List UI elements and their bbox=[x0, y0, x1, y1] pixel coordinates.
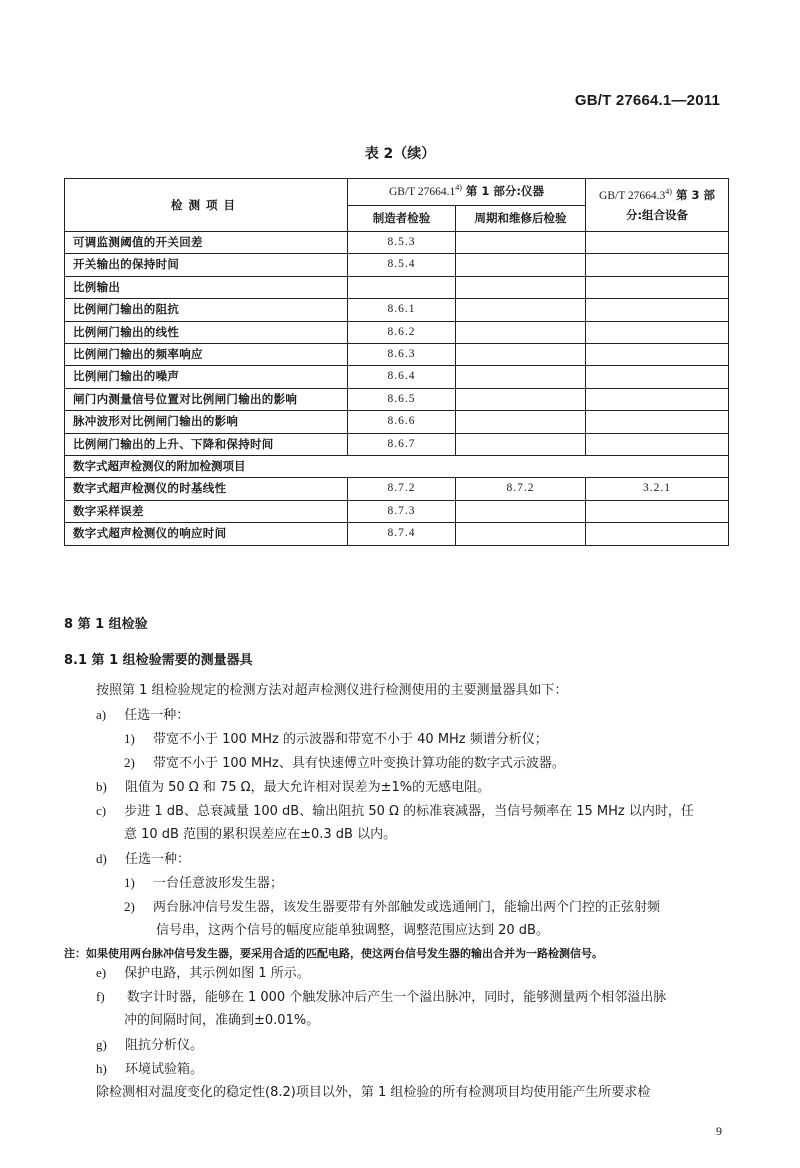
list-text: 阻抗分析仪。 bbox=[125, 1038, 203, 1053]
list-label: 2) bbox=[124, 899, 135, 914]
page-number: 9 bbox=[716, 1124, 722, 1139]
list-text: 带宽不小于 100 MHz、具有快速傅立叶变换计算功能的数字式示波器。 bbox=[153, 756, 565, 771]
list-item-h: h) 环境试验箱。 bbox=[96, 1058, 203, 1081]
cell-item: 可调监测阈值的开关回差 bbox=[65, 232, 348, 254]
header-std3-code: GB/T 27664.3 bbox=[599, 190, 665, 202]
cell-combined bbox=[586, 366, 729, 388]
cell-item: 脉冲波形对比例闸门输出的影响 bbox=[65, 411, 348, 433]
table-title: 表 2（续） bbox=[0, 143, 800, 163]
closing-paragraph: 除检测相对温度变化的稳定性(8.2)项目以外，第 1 组检验的所有检测项目均使用… bbox=[96, 1082, 650, 1104]
table-row: 比例闸门输出的阻抗 8.6.1 bbox=[65, 299, 729, 321]
intro-paragraph: 按照第 1 组检验规定的检测方法对超声检测仪进行检测使用的主要测量器具如下： bbox=[96, 680, 568, 702]
cell-manufacturer: 8.6.3 bbox=[348, 344, 456, 366]
list-item-d2: 2) 两台脉冲信号发生器，该发生器要带有外部触发或选通闸门，能输出两个门控的正弦… bbox=[124, 896, 660, 919]
cell-periodic bbox=[456, 299, 586, 321]
cell-periodic: 8.7.2 bbox=[456, 478, 586, 500]
cell-manufacturer: 8.5.3 bbox=[348, 232, 456, 254]
list-text: 两台脉冲信号发生器，该发生器要带有外部触发或选通闸门，能输出两个门控的正弦射频 bbox=[153, 900, 660, 915]
cell-item: 开关输出的保持时间 bbox=[65, 254, 348, 276]
list-label: c) bbox=[96, 803, 106, 818]
list-item-b: b) 阻值为 50 Ω 和 75 Ω，最大允许相对误差为±1%的无感电阻。 bbox=[96, 776, 490, 799]
cell-periodic bbox=[456, 523, 586, 545]
cell-item: 比例闸门输出的噪声 bbox=[65, 366, 348, 388]
list-label: e) bbox=[96, 965, 106, 980]
list-label: b) bbox=[96, 779, 107, 794]
document-code: GB/T 27664.1—2011 bbox=[575, 92, 720, 109]
cell-manufacturer: 8.6.2 bbox=[348, 321, 456, 343]
list-text: 数字计时器，能够在 1 000 个触发脉冲后产生一个溢出脉冲，同时，能够测量两个… bbox=[127, 990, 666, 1005]
footnote-ref: 4) bbox=[455, 183, 462, 192]
cell-combined: 3.2.1 bbox=[586, 478, 729, 500]
list-text: 一台任意波形发生器； bbox=[153, 876, 283, 891]
table-row-group-heading: 数字式超声检测仪的附加检测项目 bbox=[65, 456, 729, 478]
list-text: 步进 1 dB、总衰减量 100 dB、输出阻抗 50 Ω 的标准衰减器，当信号… bbox=[124, 804, 694, 819]
list-item-e: e) 保护电路，其示例如图 1 所示。 bbox=[96, 962, 310, 985]
header-periodic-inspection: 周期和维修后检验 bbox=[456, 206, 586, 232]
list-label: a) bbox=[96, 707, 106, 722]
table-header-row-1: 检测项目 GB/T 27664.14) 第 1 部分:仪器 GB/T 27664… bbox=[65, 179, 729, 206]
cell-periodic bbox=[456, 321, 586, 343]
cell-periodic bbox=[456, 232, 586, 254]
header-std1-code: GB/T 27664.1 bbox=[389, 186, 455, 198]
list-item-c: c) 步进 1 dB、总衰减量 100 dB、输出阻抗 50 Ω 的标准衰减器，… bbox=[96, 800, 694, 823]
cell-item: 数字式超声检测仪的响应时间 bbox=[65, 523, 348, 545]
list-label: 1) bbox=[124, 731, 135, 746]
cell-manufacturer: 8.7.2 bbox=[348, 478, 456, 500]
cell-manufacturer: 8.7.4 bbox=[348, 523, 456, 545]
cell-item: 比例闸门输出的频率响应 bbox=[65, 344, 348, 366]
list-text: 保护电路，其示例如图 1 所示。 bbox=[124, 966, 310, 981]
list-item-a: a) 任选一种： bbox=[96, 704, 189, 727]
list-item-a1: 1) 带宽不小于 100 MHz 的示波器和带宽不小于 40 MHz 频谱分析仪… bbox=[124, 728, 548, 751]
cell-combined bbox=[586, 523, 729, 545]
cell-manufacturer: 8.6.4 bbox=[348, 366, 456, 388]
cell-manufacturer: 8.5.4 bbox=[348, 254, 456, 276]
list-item-f: f) 数字计时器，能够在 1 000 个触发脉冲后产生一个溢出脉冲，同时，能够测… bbox=[96, 986, 666, 1009]
cell-item: 比例闸门输出的阻抗 bbox=[65, 299, 348, 321]
cell-item: 数字式超声检测仪的时基线性 bbox=[65, 478, 348, 500]
table-row: 数字式超声检测仪的时基线性 8.7.2 8.7.2 3.2.1 bbox=[65, 478, 729, 500]
list-text: 任选一种： bbox=[124, 708, 189, 723]
list-label: 2) bbox=[124, 755, 135, 770]
cell-periodic bbox=[456, 254, 586, 276]
cell-periodic bbox=[456, 433, 586, 455]
table-row: 比例闸门输出的噪声 8.6.4 bbox=[65, 366, 729, 388]
list-item-g: g) 阻抗分析仪。 bbox=[96, 1034, 203, 1057]
header-standard-part3: GB/T 27664.34) 第 3 部分:组合设备 bbox=[586, 179, 729, 232]
cell-combined bbox=[586, 276, 729, 298]
cell-item: 比例闸门输出的线性 bbox=[65, 321, 348, 343]
cell-manufacturer: 8.6.5 bbox=[348, 388, 456, 410]
list-text: 任选一种： bbox=[125, 852, 190, 867]
header-inspection-item: 检测项目 bbox=[65, 179, 348, 232]
list-label: f) bbox=[96, 989, 105, 1004]
cell-combined bbox=[586, 321, 729, 343]
cell-periodic bbox=[456, 388, 586, 410]
cell-combined bbox=[586, 232, 729, 254]
header-standard-part1: GB/T 27664.14) 第 1 部分:仪器 bbox=[348, 179, 586, 206]
cell-periodic bbox=[456, 500, 586, 522]
list-label: d) bbox=[96, 851, 107, 866]
cell-combined bbox=[586, 344, 729, 366]
table-row: 开关输出的保持时间 8.5.4 bbox=[65, 254, 729, 276]
cell-manufacturer: 8.7.3 bbox=[348, 500, 456, 522]
list-item-a2: 2) 带宽不小于 100 MHz、具有快速傅立叶变换计算功能的数字式示波器。 bbox=[124, 752, 565, 775]
list-item-d: d) 任选一种： bbox=[96, 848, 190, 871]
cell-manufacturer: 8.6.1 bbox=[348, 299, 456, 321]
list-label: g) bbox=[96, 1037, 107, 1052]
list-text: 阻值为 50 Ω 和 75 Ω，最大允许相对误差为±1%的无感电阻。 bbox=[125, 780, 490, 795]
cell-manufacturer: 8.6.7 bbox=[348, 433, 456, 455]
table-row: 脉冲波形对比例闸门输出的影响 8.6.6 bbox=[65, 411, 729, 433]
cell-periodic bbox=[456, 366, 586, 388]
footnote-ref: 4) bbox=[665, 187, 672, 196]
cell-combined bbox=[586, 411, 729, 433]
note: 注：如果使用两台脉冲信号发生器，要采用合适的匹配电路，使这两台信号发生器的输出合… bbox=[64, 945, 603, 961]
list-text: 环境试验箱。 bbox=[125, 1062, 203, 1077]
list-text: 带宽不小于 100 MHz 的示波器和带宽不小于 40 MHz 频谱分析仪； bbox=[153, 732, 548, 747]
table-row: 闸门内测量信号位置对比例闸门输出的影响 8.6.5 bbox=[65, 388, 729, 410]
header-manufacturer-inspection: 制造者检验 bbox=[348, 206, 456, 232]
list-item-c-continued: 意 10 dB 范围的累积误差应在±0.3 dB 以内。 bbox=[124, 824, 396, 846]
header-std1-title: 第 1 部分:仪器 bbox=[462, 184, 544, 198]
list-label: 1) bbox=[124, 875, 135, 890]
cell-combined bbox=[586, 254, 729, 276]
cell-item: 比例闸门输出的上升、下降和保持时间 bbox=[65, 433, 348, 455]
cell-periodic bbox=[456, 276, 586, 298]
section-heading-8-1: 8.1 第 1 组检验需要的测量器具 bbox=[64, 649, 253, 668]
inspection-items-table: 检测项目 GB/T 27664.14) 第 1 部分:仪器 GB/T 27664… bbox=[64, 178, 729, 546]
cell-manufacturer: 8.6.6 bbox=[348, 411, 456, 433]
table-row: 比例输出 bbox=[65, 276, 729, 298]
cell-combined bbox=[586, 388, 729, 410]
cell-combined bbox=[586, 500, 729, 522]
table-row: 比例闸门输出的线性 8.6.2 bbox=[65, 321, 729, 343]
cell-item: 闸门内测量信号位置对比例闸门输出的影响 bbox=[65, 388, 348, 410]
cell-periodic bbox=[456, 411, 586, 433]
cell-combined bbox=[586, 433, 729, 455]
cell-item: 比例输出 bbox=[65, 276, 348, 298]
list-item-d2-continued: 信号串，这两个信号的幅度应能单独调整，调整范围应达到 20 dB。 bbox=[156, 920, 549, 942]
list-item-f-continued: 冲的间隔时间，准确到±0.01%。 bbox=[124, 1010, 319, 1032]
cell-manufacturer bbox=[348, 276, 456, 298]
table-row: 数字采样误差 8.7.3 bbox=[65, 500, 729, 522]
list-label: h) bbox=[96, 1061, 107, 1076]
table-row: 比例闸门输出的频率响应 8.6.3 bbox=[65, 344, 729, 366]
cell-periodic bbox=[456, 344, 586, 366]
table-row: 数字式超声检测仪的响应时间 8.7.4 bbox=[65, 523, 729, 545]
list-item-d1: 1) 一台任意波形发生器； bbox=[124, 872, 283, 895]
section-heading-8: 8 第 1 组检验 bbox=[64, 613, 148, 632]
table-row: 可调监测阈值的开关回差 8.5.3 bbox=[65, 232, 729, 254]
cell-group-heading: 数字式超声检测仪的附加检测项目 bbox=[65, 456, 729, 478]
table-row: 比例闸门输出的上升、下降和保持时间 8.6.7 bbox=[65, 433, 729, 455]
cell-combined bbox=[586, 299, 729, 321]
cell-item: 数字采样误差 bbox=[65, 500, 348, 522]
